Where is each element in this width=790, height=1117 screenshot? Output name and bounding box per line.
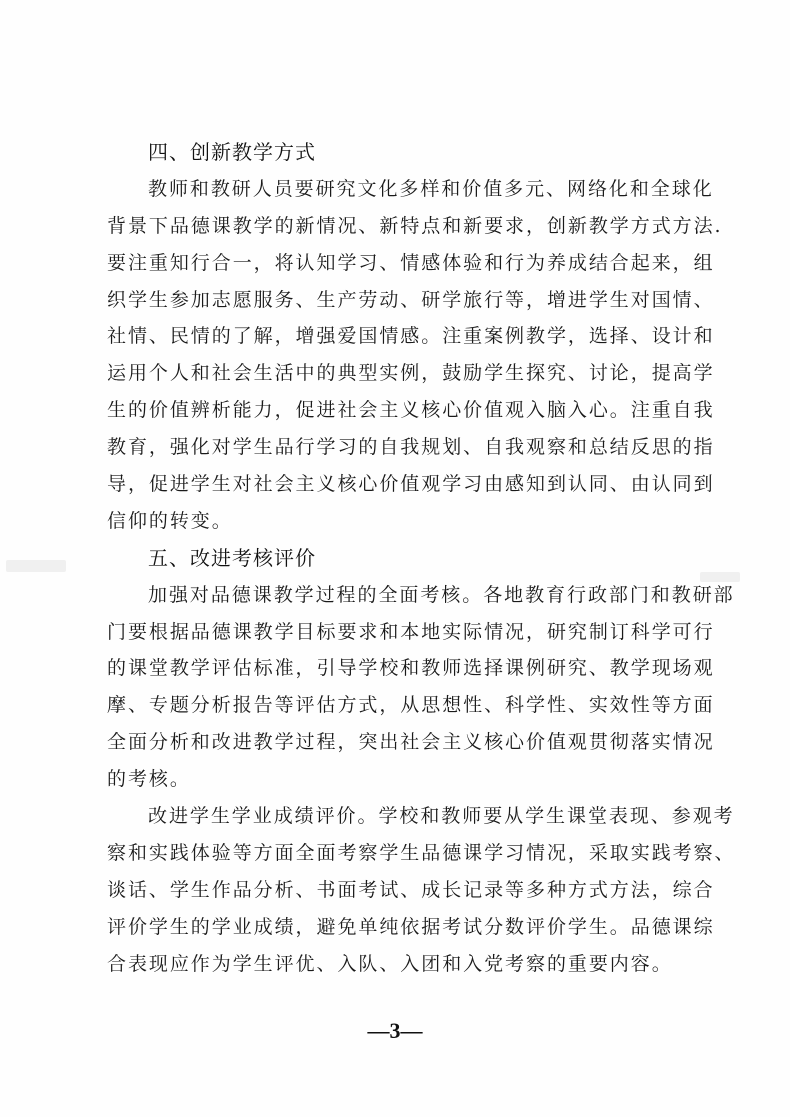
text-line: 门要根据品德课教学目标要求和本地实际情况，研究制订科学可行 bbox=[107, 614, 697, 651]
text-line: 的考核。 bbox=[107, 761, 697, 798]
paragraph: 改进学生学业成绩评价。学校和教师要从学生课堂表现、参观考 察和实践体验等方面全面… bbox=[107, 798, 697, 982]
page-number: —3— bbox=[0, 1018, 790, 1044]
text-line: 加强对品德课教学过程的全面考核。各地教育行政部门和教研部 bbox=[107, 577, 697, 614]
text-line: 谈话、学生作品分析、书面考试、成长记录等多种方式方法，综合 bbox=[107, 872, 697, 909]
scan-artifact bbox=[6, 560, 66, 572]
section-heading: 四、创新教学方式 bbox=[107, 134, 697, 171]
text-line: 的课堂教学评估标准，引导学校和教师选择课例研究、教学现场观 bbox=[107, 650, 697, 687]
text-line: 要注重知行合一，将认知学习、情感体验和行为养成结合起来，组 bbox=[107, 245, 697, 282]
text-line: 察和实践体验等方面全面考察学生品德课学习情况，采取实践考察、 bbox=[107, 835, 697, 872]
text-line: 织学生参加志愿服务、生产劳动、研学旅行等，增进学生对国情、 bbox=[107, 282, 697, 319]
text-line: 摩、专题分析报告等评估方式，从思想性、科学性、实效性等方面 bbox=[107, 687, 697, 724]
text-line: 运用个人和社会生活中的典型实例，鼓励学生探究、讨论，提高学 bbox=[107, 355, 697, 392]
text-line: 社情、民情的了解，增强爱国情感。注重案例教学，选择、设计和 bbox=[107, 318, 697, 355]
text-line: 生的价值辨析能力，促进社会主义核心价值观入脑入心。注重自我 bbox=[107, 392, 697, 429]
text-line: 评价学生的学业成绩，避免单纯依据考试分数评价学生。品德课综 bbox=[107, 909, 697, 946]
text-line: 背景下品德课教学的新情况、新特点和新要求，创新教学方式方法. bbox=[107, 208, 697, 245]
text-line: 改进学生学业成绩评价。学校和教师要从学生课堂表现、参观考 bbox=[107, 798, 697, 835]
text-line: 合表现应作为学生评优、入队、入团和入党考察的重要内容。 bbox=[107, 946, 697, 983]
text-line: 信仰的转变。 bbox=[107, 503, 697, 540]
paragraph: 教师和教研人员要研究文化多样和价值多元、网络化和全球化 背景下品德课教学的新情况… bbox=[107, 171, 697, 540]
section-heading: 五、改进考核评价 bbox=[107, 540, 697, 577]
paragraph: 加强对品德课教学过程的全面考核。各地教育行政部门和教研部 门要根据品德课教学目标… bbox=[107, 577, 697, 798]
text-line: 全面分析和改进教学过程，突出社会主义核心价值观贯彻落实情况 bbox=[107, 724, 697, 761]
document-body: 四、创新教学方式 教师和教研人员要研究文化多样和价值多元、网络化和全球化 背景下… bbox=[107, 134, 697, 982]
text-line: 导，促进学生对社会主义核心价值观学习由感知到认同、由认同到 bbox=[107, 466, 697, 503]
document-page: 四、创新教学方式 教师和教研人员要研究文化多样和价值多元、网络化和全球化 背景下… bbox=[0, 0, 790, 1117]
text-line: 教育，强化对学生品行学习的自我规划、自我观察和总结反思的指 bbox=[107, 429, 697, 466]
text-line: 教师和教研人员要研究文化多样和价值多元、网络化和全球化 bbox=[107, 171, 697, 208]
